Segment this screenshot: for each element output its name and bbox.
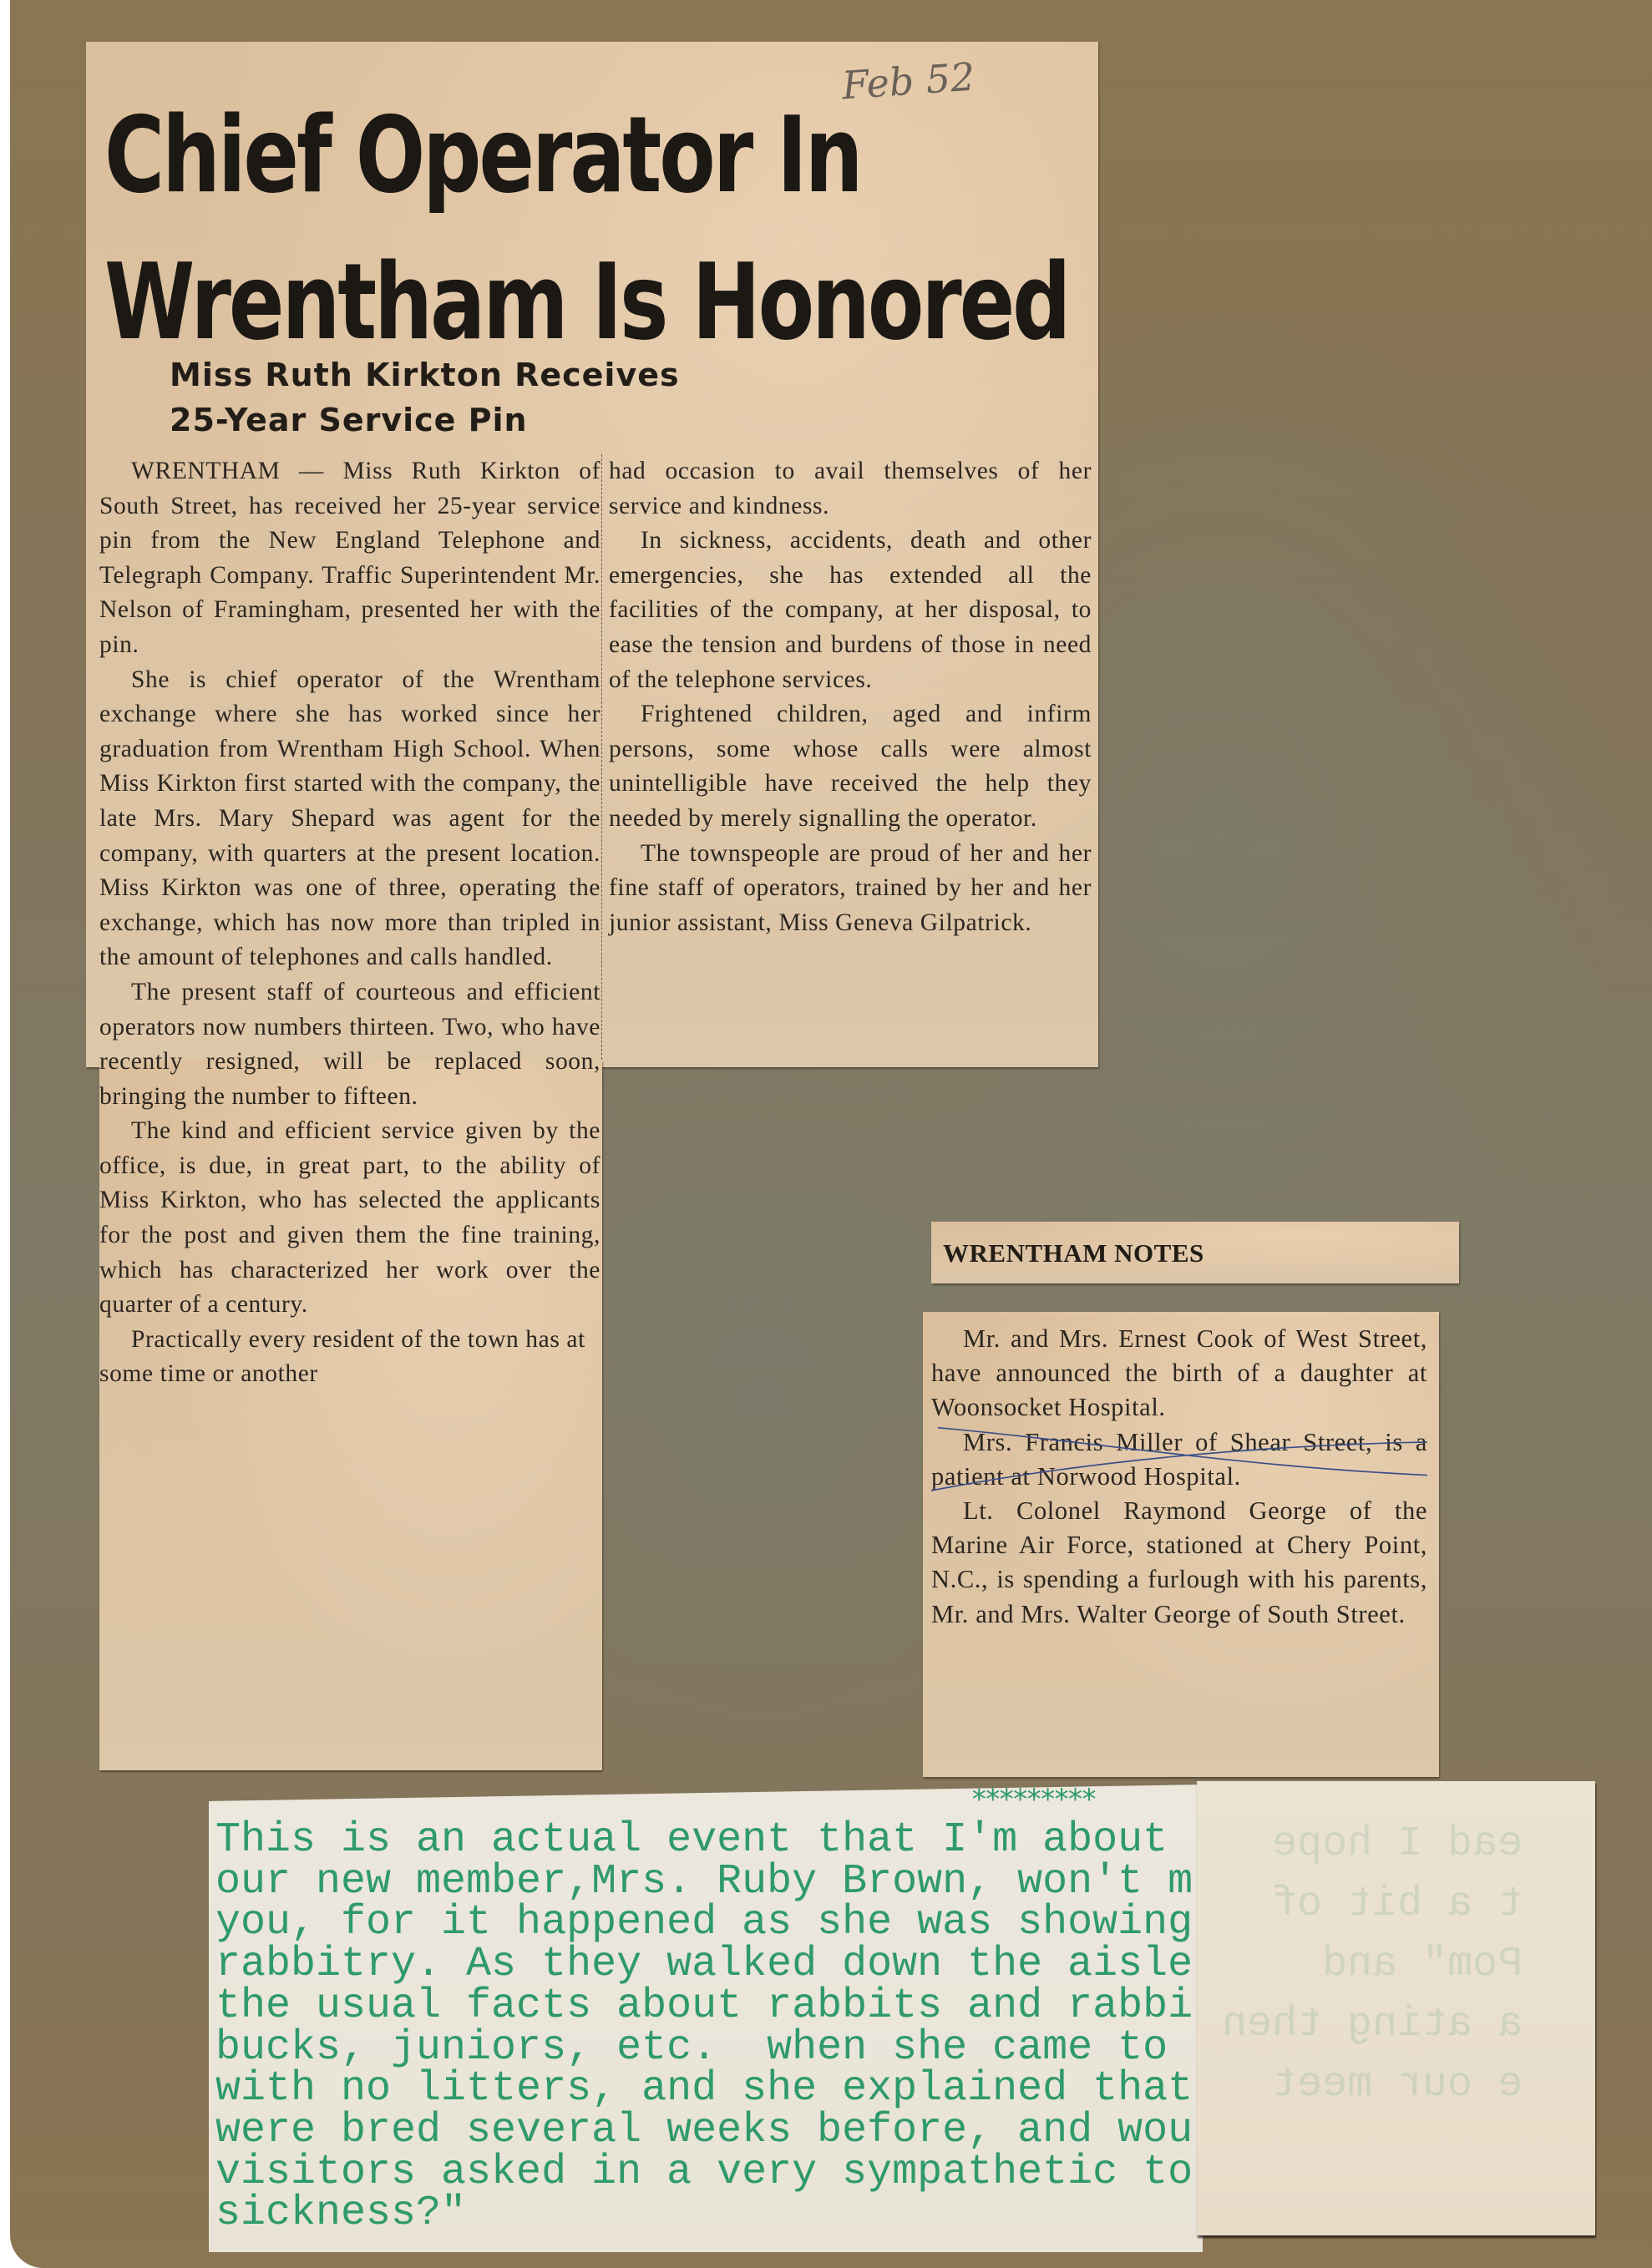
- note-item-text: Mrs. Francis Miller of Shear Street, is …: [931, 1428, 1427, 1491]
- paragraph: Practically every resident of the town h…: [99, 1323, 600, 1392]
- typed-line: bucks, juniors, etc. when she came to: [215, 2028, 1193, 2069]
- note-item: Mr. and Mrs. Ernest Cook of West Street,…: [931, 1322, 1427, 1425]
- paragraph: In sickness, accidents, death and other …: [609, 524, 1092, 697]
- article-right-column: had occasion to avail themselves of her …: [609, 454, 1092, 940]
- subheadline: Miss Ruth Kirkton Receives 25-Year Servi…: [170, 352, 680, 443]
- paragraph: Frightened children, aged and infirm per…: [609, 697, 1092, 836]
- headline-line-1: Chief Operator In: [104, 82, 1068, 229]
- notes-header-clipping: WRENTHAM NOTES: [931, 1222, 1459, 1283]
- typed-line: visitors asked in a very sympathetic to: [215, 2152, 1193, 2194]
- paragraph: WRENTHAM — Miss Ruth Kirkton of South St…: [99, 454, 600, 663]
- paragraph: The kind and efficient service given by …: [99, 1114, 600, 1323]
- typed-line: rabbitry. As they walked down the aisle: [215, 1944, 1193, 1986]
- typed-line: were bred several weeks before, and wou: [215, 2110, 1193, 2152]
- note-item: Lt. Colonel Raymond George of the Marine…: [931, 1494, 1427, 1632]
- paragraph: The present staff of courteous and effic…: [99, 975, 600, 1114]
- typed-line: you, for it happened as she was showing: [215, 1902, 1193, 1944]
- column-divider: [601, 454, 602, 1064]
- paragraph: had occasion to avail themselves of her …: [609, 454, 1092, 524]
- typed-note-text: This is an actual event that I'm aboutou…: [215, 1820, 1193, 2235]
- paragraph: She is chief operator of the Wrentham ex…: [99, 663, 600, 975]
- typed-line: the usual facts about rabbits and rabbi: [215, 1986, 1193, 2028]
- note-item-crossed-out: Mrs. Francis Miller of Shear Street, is …: [931, 1425, 1427, 1494]
- subhead-line-2: 25-Year Service Pin: [170, 397, 680, 443]
- headline: Chief Operator In Wrentham Is Honored: [104, 82, 1068, 376]
- typed-line: This is an actual event that I'm about: [215, 1820, 1193, 1861]
- notes-text: Mr. and Mrs. Ernest Cook of West Street,…: [931, 1322, 1427, 1632]
- article-left-column: WRENTHAM — Miss Ruth Kirkton of South St…: [99, 454, 600, 1392]
- notes-clipping: Mr. and Mrs. Ernest Cook of West Street,…: [923, 1312, 1439, 1777]
- overlapping-paper-flap[interactable]: ead I hope t a bit of Pom" and a ating t…: [1197, 1781, 1595, 2235]
- notes-header: WRENTHAM NOTES: [943, 1238, 1204, 1268]
- bleed-through-text: ead I hope t a bit of Pom" and a ating t…: [1222, 1815, 1523, 2115]
- paragraph: The townspeople are proud of her and her…: [609, 837, 1092, 941]
- typed-line: our new member,Mrs. Ruby Brown, won't m: [215, 1861, 1193, 1903]
- typed-line: with no litters, and she explained that: [215, 2068, 1193, 2110]
- subhead-line-1: Miss Ruth Kirkton Receives: [170, 352, 680, 397]
- typed-note-paper: ********* This is an actual event that I…: [209, 1785, 1203, 2252]
- typed-line: sickness?": [215, 2193, 1193, 2235]
